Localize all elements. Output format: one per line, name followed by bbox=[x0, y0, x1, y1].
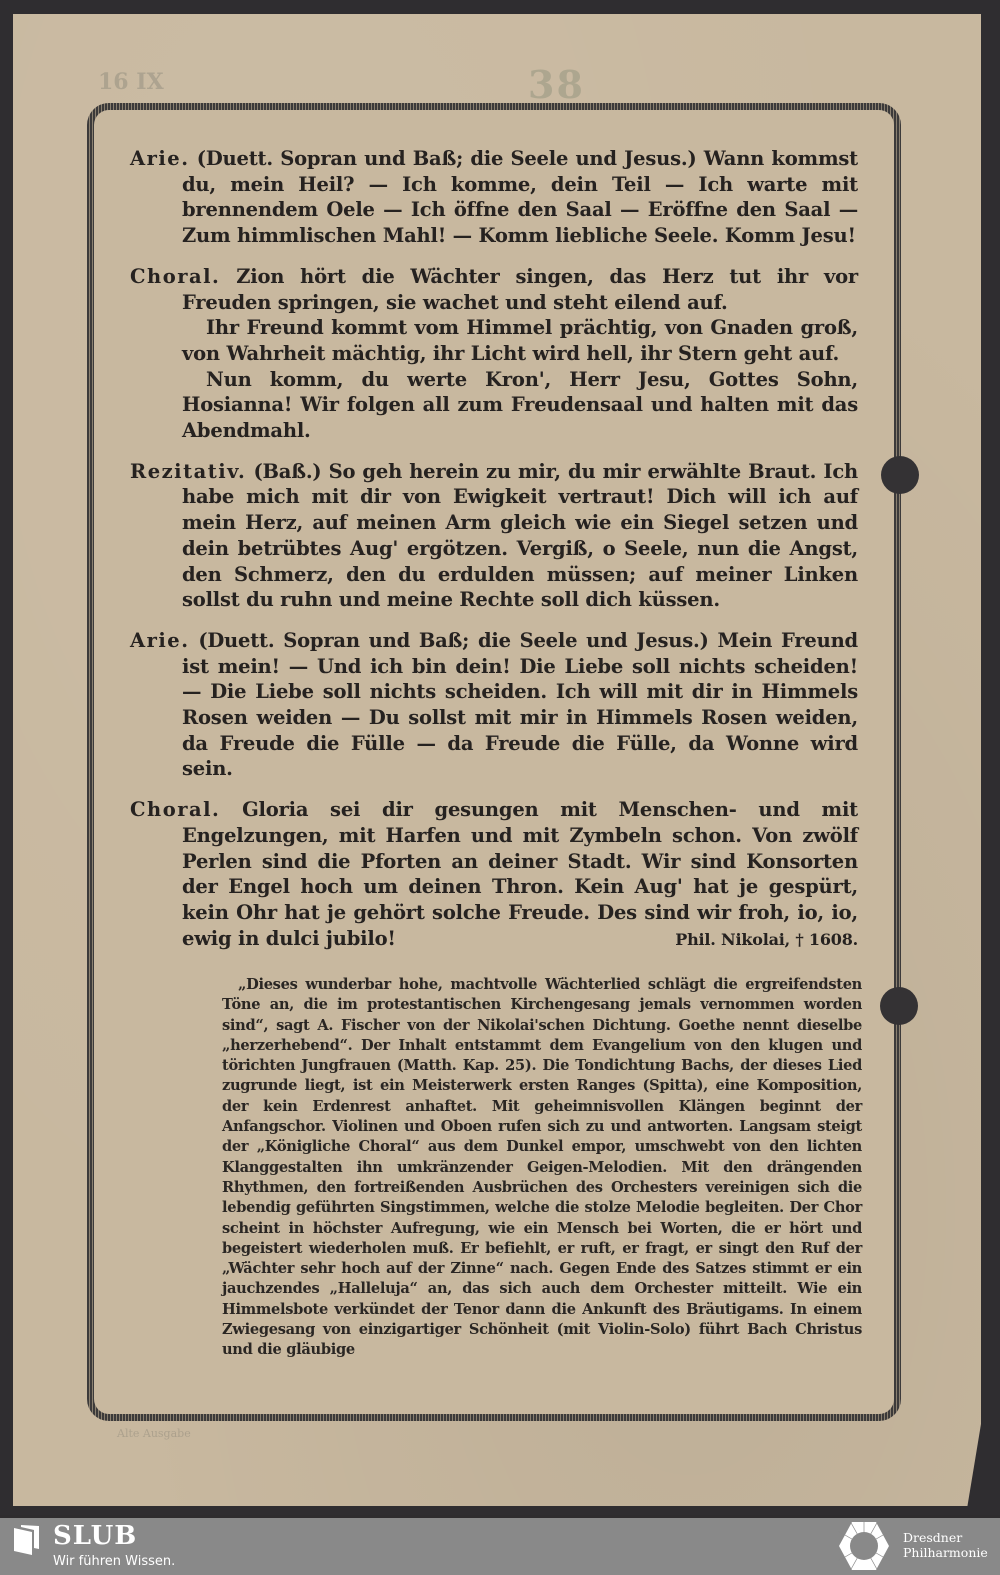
stanza-label: Arie. bbox=[130, 147, 190, 170]
punch-hole-icon bbox=[880, 987, 918, 1025]
stanza-text: (Duett. Sopran und Baß; die Seele und Je… bbox=[182, 147, 858, 247]
stanza-arie-2: Arie. (Duett. Sopran und Baß; die Seele … bbox=[130, 628, 858, 782]
stanza-label: Arie. bbox=[130, 629, 190, 652]
slub-logo-text[interactable]: SLUB bbox=[53, 1521, 137, 1551]
faint-corner-mark: 16 IX bbox=[98, 69, 164, 95]
stanza-label: Choral. bbox=[130, 265, 220, 288]
stanza-choral-2: Choral. Gloria sei dir gesungen mit Mens… bbox=[130, 797, 858, 951]
stanza-text: (Baß.) So geh herein zu mir, du mir erwä… bbox=[182, 460, 858, 612]
stanza-text: Ihr Freund kommt vom Himmel prächtig, vo… bbox=[182, 315, 858, 366]
dresdner-philharmonie-text: Dresdner Philharmonie bbox=[903, 1530, 988, 1560]
author-attribution: Phil. Nikolai, † 1608. bbox=[727, 927, 858, 953]
stanza-label: Rezitativ. bbox=[130, 460, 246, 483]
dresdner-philharmonie-logo-icon[interactable] bbox=[838, 1521, 890, 1571]
faint-bottom-mark: Alte Ausgabe bbox=[117, 1427, 191, 1440]
slub-book-icon bbox=[12, 1524, 42, 1556]
stanza-text: Nun komm, du werte Kron', Herr Jesu, Got… bbox=[182, 367, 858, 444]
faint-page-number: 38 bbox=[528, 62, 585, 107]
stanza-choral-1: Choral. Zion hört die Wächter singen, da… bbox=[130, 264, 858, 444]
footer-bar: SLUB Wir führen Wissen. Dresdner Philhar… bbox=[0, 1518, 1000, 1575]
brand-line-2: Philharmonie bbox=[903, 1545, 988, 1560]
brand-line-1: Dresdner bbox=[903, 1530, 988, 1545]
libretto-text: Arie. (Duett. Sopran und Baß; die Seele … bbox=[130, 146, 858, 966]
stanza-text: (Duett. Sopran und Baß; die Seele und Je… bbox=[182, 629, 858, 781]
stanza-rezitativ: Rezitativ. (Baß.) So geh herein zu mir, … bbox=[130, 459, 858, 613]
punch-hole-icon bbox=[881, 456, 919, 494]
stanza-label: Choral. bbox=[130, 798, 220, 821]
commentary-paragraph: „Dieses wunderbar hohe, machtvolle Wächt… bbox=[222, 975, 862, 1361]
stanza-text: Zion hört die Wächter singen, das Herz t… bbox=[182, 265, 858, 314]
slub-tagline: Wir führen Wissen. bbox=[53, 1554, 175, 1569]
stanza-arie-1: Arie. (Duett. Sopran und Baß; die Seele … bbox=[130, 146, 858, 249]
